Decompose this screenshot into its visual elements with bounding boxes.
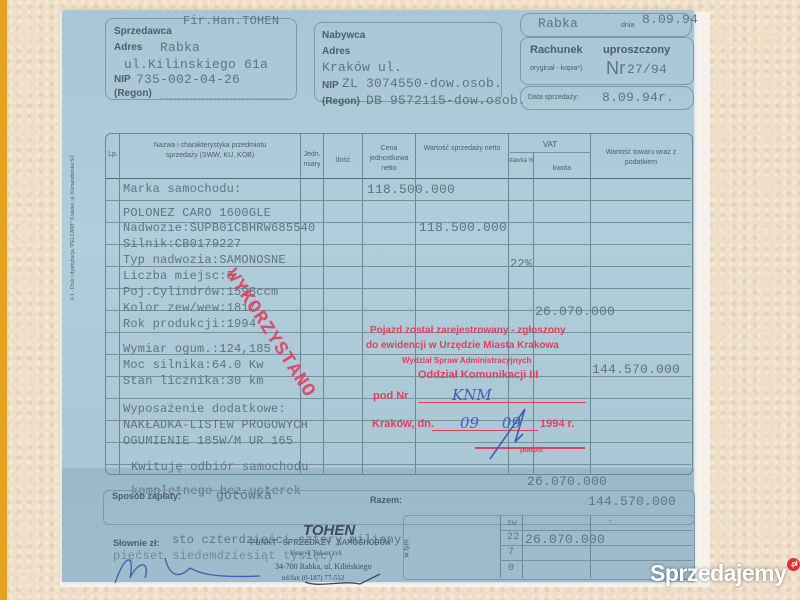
- seller-address-line2: ul.Kilinskiego 61a: [124, 57, 268, 72]
- sale-date: 8.09.94r.: [602, 90, 674, 105]
- vat-col: [590, 516, 591, 578]
- item-line: POLONEZ CARO 1600GLE: [123, 206, 271, 220]
- vat-summary-side-label: w tym: [404, 539, 411, 557]
- header-name: Nazwa i charakterystyka przedmiotu sprze…: [140, 141, 280, 161]
- seller-address-line1: Rabka: [160, 40, 200, 55]
- invoice-place: Rabka: [538, 16, 578, 31]
- reg-stamp-date-label: Kraków, dn.: [372, 418, 434, 430]
- payment-method: gotówka: [216, 488, 272, 503]
- vat-rate-0: 0: [508, 563, 514, 574]
- seller-nip: 735-002-04-26: [136, 72, 240, 87]
- reg-stamp-pod-nr-label: pod Nr: [373, 390, 408, 402]
- sprzedajemy-watermark: Sprzedajemy .pl: [650, 560, 786, 587]
- buyer-regon: DB 9572115-dow.osob.: [366, 93, 526, 108]
- seller-stamp-line2: Henryk Tokarczyk: [290, 549, 342, 557]
- buyer-label: Nabywca: [322, 30, 365, 41]
- buyer-nip-label: NIP: [322, 80, 339, 91]
- vat-row: [500, 530, 693, 531]
- buyer-nip: ZL 3074550-dow.osob.: [342, 76, 502, 91]
- table-header-divider: [106, 178, 691, 179]
- seller-regon-label: (Regon): [114, 88, 152, 99]
- item-line: Kolor zew/wew:181/: [123, 301, 256, 315]
- item-line: Moc silnika:64.0 Kw: [123, 358, 264, 372]
- invoice-subtitle: uproszczony: [603, 44, 670, 56]
- header-vat-rate: stawka %: [508, 157, 534, 165]
- header-unit: Jedn. miary: [301, 150, 323, 170]
- reg-stamp-line3: Wydział Spraw Administracyjnych: [402, 356, 531, 365]
- pod-nr-value: KNM: [452, 386, 492, 404]
- invoice-title: Rachunek: [530, 44, 583, 56]
- watermark-text: Sprzedajemy: [650, 560, 786, 586]
- item-line: Stan licznika:30 km: [123, 374, 264, 388]
- reg-stamp-line4: Oddział Komunikacji III: [418, 369, 538, 381]
- gross-value: 144.570.000: [592, 362, 680, 377]
- col-unit: [323, 134, 324, 474]
- invoice-number: 27/94: [627, 62, 667, 77]
- vat-sub-divider: [510, 152, 590, 153]
- vat-amount-zw: -: [608, 517, 613, 526]
- header-lp: Lp.: [106, 150, 120, 160]
- header-vat-amount: kwota: [534, 164, 590, 174]
- item-line: Marka samochodu:: [123, 182, 241, 196]
- header-net-value: Wartość sprzedaży netto: [418, 144, 506, 154]
- buyer-signature-icon: [110, 548, 270, 588]
- yellow-border: [0, 0, 7, 600]
- seller-stamp-name: TOHEN: [303, 522, 355, 539]
- header-vat: VAT: [510, 140, 590, 150]
- sum-label: Razem:: [370, 495, 402, 505]
- sum-value: 144.570.000: [588, 494, 676, 509]
- seller-stamp-line1: PUNKT SPRZEDAŻY SAMOCHODÓW: [250, 538, 390, 548]
- header-gross: Wartość towaru wraz z podatkiem: [595, 148, 687, 168]
- reg-stamp-line2: do ewidencji w Urzędzie Miasta Krakowa: [366, 340, 559, 351]
- signature-scribble-icon: [485, 404, 535, 464]
- seller-label: Sprzedawca: [114, 26, 172, 37]
- vat-rate-value: 22%: [510, 257, 532, 271]
- vat-col: [500, 516, 501, 578]
- sale-date-label: Data sprzedaży:: [528, 94, 579, 101]
- words-label: Słownie zł:: [113, 538, 160, 548]
- payment-label: Sposób zapłaty:: [112, 491, 181, 501]
- item-line: Rok produkcji:1994: [123, 317, 256, 331]
- watermark-pl-badge: .pl: [787, 558, 800, 571]
- header-qty: Ilość: [324, 156, 362, 166]
- item-line: Wyposażenie dodatkowe:: [123, 402, 286, 416]
- vat-rate-7: 7: [508, 547, 514, 558]
- item-line: OGUMIENIE 185W/M UR 165: [123, 434, 293, 448]
- reg-stamp-line1: Pojazd został zarejestrowany - zgłoszony: [370, 325, 566, 336]
- item-line: Liczba miejsc:5: [123, 269, 234, 283]
- buyer-regon-label: (Regon): [322, 96, 360, 107]
- net-value: 118.500.000: [419, 220, 507, 235]
- vat-amount-22: 26.070.000: [525, 532, 605, 547]
- seller-name: Fir.Han.TOHEN: [183, 14, 279, 28]
- vat-col: [522, 516, 523, 578]
- printer-side-text: F.1 - Druk i dystrybucja "PELCANT" Krakó…: [70, 155, 76, 300]
- vat-rate-zw: zw: [507, 519, 517, 528]
- item-line: Nadwozie:SUPB01CBHRW685540: [123, 221, 315, 235]
- seller-signature-icon: [300, 570, 400, 590]
- invoice-number-label: Nr: [606, 58, 625, 79]
- header-unit-price: Cena jednostkowa netto: [364, 144, 414, 174]
- buyer-address-line: Kraków ul.: [322, 60, 402, 75]
- buyer-address-label: Adres: [322, 46, 350, 57]
- seller-address-label: Adres: [114, 42, 142, 53]
- vat-amount-value: 26.070.000: [535, 304, 615, 319]
- reg-year: 1994 r.: [540, 418, 574, 430]
- invoice-copy-label: oryginał - kopia*): [530, 65, 583, 72]
- vat-total: 26.070.000: [527, 474, 607, 489]
- item-line: Typ nadwozia:SAMONOSNE: [123, 253, 286, 267]
- regon-dotline: [160, 98, 288, 99]
- seller-nip-label: NIP: [114, 74, 131, 85]
- item-line: Wymiar ogum.:124,185: [123, 342, 271, 356]
- item-line: NAKŁADKA-LISTEW PROGOWYCH: [123, 418, 308, 432]
- invoice-date-label: dnia: [621, 22, 634, 29]
- col-qty: [362, 134, 363, 474]
- row-line: [106, 200, 691, 201]
- unit-price-value: 118.500.000: [367, 182, 455, 197]
- invoice-date: 8.09.94: [642, 12, 698, 27]
- col-lp: [119, 134, 120, 474]
- vat-rate-22: 22: [507, 532, 519, 543]
- item-line: Silnik:CB0179227: [123, 237, 241, 251]
- item-line: Kwituję odbiór samochodu: [131, 460, 309, 474]
- pod-nr-line: [418, 402, 586, 403]
